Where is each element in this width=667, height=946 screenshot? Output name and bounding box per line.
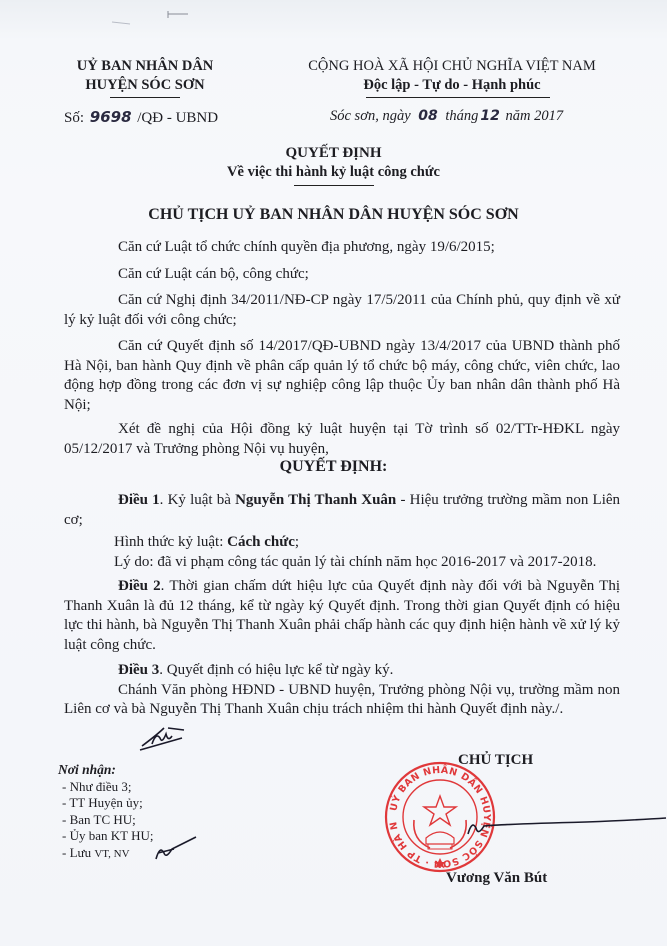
- recipients-list: Nơi nhận: - Như điều 3; - TT Huyện ủy; -…: [58, 762, 153, 862]
- discipline-form: Hình thức kỷ luật: Cách chức;: [64, 533, 620, 553]
- punct: ;: [295, 534, 299, 550]
- recipient-archive: VT, NV: [94, 848, 129, 860]
- nation-name: CỘNG HOÀ XÃ HỘI CHỦ NGHĨA VIỆT NAM: [282, 57, 622, 76]
- basis-item: Căn cứ Luật tổ chức chính quyền địa phươ…: [64, 238, 620, 258]
- archive-initials-icon: [150, 835, 200, 863]
- articles: Điều 1. Kỷ luật bà Nguyễn Thị Thanh Xuân…: [64, 491, 620, 720]
- agency-line-2: HUYỆN SÓC SƠN: [60, 76, 230, 95]
- discipline-reason: Lý do: đã vi phạm công tác quản lý tài c…: [64, 553, 620, 573]
- basis-item: Xét đề nghị của Hội đồng kỷ luật huyện t…: [64, 420, 620, 459]
- date-day: 08: [418, 108, 437, 124]
- article-2: Điều 2. Thời gian chấm dứt hiệu lực của …: [64, 577, 620, 655]
- article-3-label: Điều 3: [118, 662, 159, 678]
- number-handwritten: 9698: [90, 108, 132, 126]
- nation-motto: Độc lập - Tự do - Hạnh phúc: [282, 76, 622, 95]
- signer-name: Vương Văn Bút: [446, 870, 547, 887]
- discipline-form-value: Cách chức: [227, 534, 295, 550]
- chairman-signature-icon: [466, 814, 667, 842]
- number-suffix: /QĐ - UBND: [137, 110, 218, 126]
- decision-heading: QUYẾT ĐỊNH:: [0, 458, 667, 476]
- recipients-title-text: Nơi nhận: [58, 762, 111, 777]
- article-1: Điều 1. Kỷ luật bà Nguyễn Thị Thanh Xuân…: [64, 491, 620, 530]
- date-month-label: tháng: [445, 108, 478, 124]
- article-2-label: Điều 2: [118, 578, 161, 594]
- recipient-item: - Ủy ban KT HU;: [58, 828, 153, 845]
- date-month: 12: [480, 108, 499, 124]
- article-3: Điều 3. Quyết định có hiệu lực kể từ ngà…: [64, 661, 620, 681]
- recipient-item: - TT Huyện ủy;: [58, 795, 153, 812]
- number-prefix: Số:: [64, 110, 84, 126]
- recipient-item: - Lưu VT, NV: [58, 845, 153, 863]
- issue-date: Sóc sơn, ngày 08 tháng12 năm 2017: [330, 108, 563, 125]
- basis-item: Căn cứ Quyết định số 14/2017/QĐ-UBND ngà…: [64, 337, 620, 415]
- article-1-text: . Kỷ luật bà: [160, 492, 235, 508]
- subject-underline: [294, 185, 374, 186]
- recipient-prefix: - Lưu: [62, 845, 94, 860]
- document-number: Số: 9698 /QĐ - UBND: [64, 108, 218, 127]
- article-3-text: . Quyết định có hiệu lực kể từ ngày ký.: [159, 662, 393, 678]
- national-motto: CỘNG HOÀ XÃ HỘI CHỦ NGHĨA VIỆT NAM Độc l…: [282, 57, 622, 95]
- article-1-label: Điều 1: [118, 492, 160, 508]
- document-subject: Về việc thi hành kỷ luật công chức: [0, 164, 667, 181]
- recipients-title: Nơi nhận:: [58, 762, 153, 779]
- agency-name: UỶ BAN NHÂN DÂN HUYỆN SÓC SƠN: [60, 57, 230, 95]
- recipient-item: - Ban TC HU;: [58, 812, 153, 829]
- basis-item: Căn cứ Nghị định 34/2011/NĐ-CP ngày 17/5…: [64, 291, 620, 330]
- document-page: UỶ BAN NHÂN DÂN HUYỆN SÓC SƠN Số: 9698 /…: [0, 0, 667, 946]
- document-title: QUYẾT ĐỊNH: [0, 145, 667, 162]
- agency-underline: [110, 97, 180, 98]
- legal-basis: Căn cứ Luật tổ chức chính quyền địa phươ…: [64, 238, 620, 459]
- date-year: năm 2017: [506, 108, 564, 124]
- recipient-item: - Như điều 3;: [58, 779, 153, 796]
- date-prefix: Sóc sơn, ngày: [330, 108, 411, 124]
- basis-item: Căn cứ Luật cán bộ, công chức;: [64, 265, 620, 285]
- issuing-authority: CHỦ TỊCH UỶ BAN NHÂN DÂN HUYỆN SÓC SƠN: [0, 206, 667, 224]
- pen-mark-scribble: [110, 8, 190, 30]
- article-3-executors: Chánh Văn phòng HĐND - UBND huyện, Trưởn…: [64, 681, 620, 720]
- initials-signature-icon: [138, 724, 188, 752]
- discipline-form-label: Hình thức kỷ luật:: [114, 534, 227, 550]
- disciplined-person-name: Nguyễn Thị Thanh Xuân: [235, 492, 396, 508]
- agency-line-1: UỶ BAN NHÂN DÂN: [60, 57, 230, 76]
- motto-underline: [366, 97, 550, 98]
